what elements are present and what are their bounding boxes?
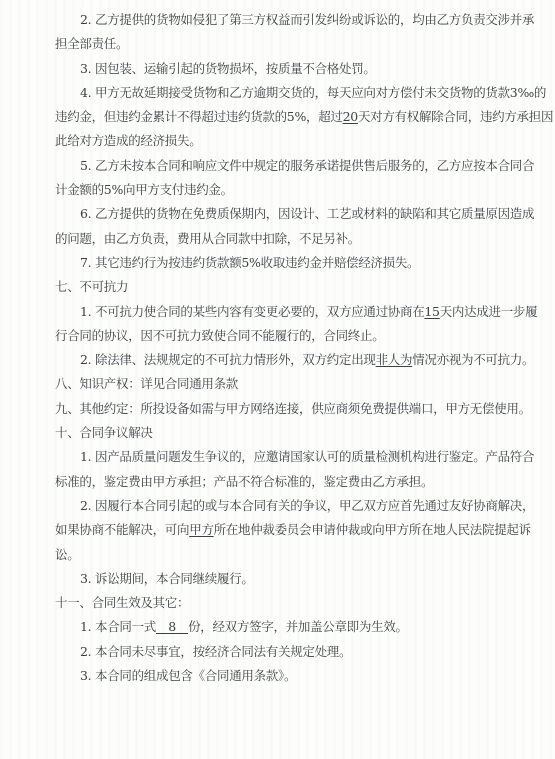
underlined-text: 20: [343, 109, 358, 124]
contract-text-line: 6. 乙方提供的货物在免费质保期内，因设计、工艺或材料的缺陷和其它质量原因造成: [55, 202, 555, 226]
text-segment: 1. 因产品质量问题发生争议的，应邀请国家认可的质量检测机构进行鉴定。产品符合: [80, 449, 534, 464]
contract-text-line: 计金额的5%向甲方支付违约金。: [55, 178, 555, 202]
contract-text-line: 七、不可抗力: [55, 275, 555, 299]
text-segment: 4. 甲方无故延期接受货物和乙方逾期交货的，每天应向对方偿付未交货物的货款3‰的: [80, 85, 546, 100]
contract-text-line: 九、其他约定：所投设备如需与甲方网络连接，供应商须免费提供端口，甲方无偿使用。: [55, 397, 555, 421]
text-segment: 3. 因包装、运输引起的货物损坏，按质量不合格处罚。: [80, 61, 376, 76]
text-segment: 2. 因履行本合同引起的或与本合同有关的争议，甲乙双方应首先通过友好协商解决，: [80, 498, 534, 513]
contract-text-line: 7. 其它违约行为按违约货款额5%收取违约金并赔偿经济损失。: [55, 251, 555, 275]
contract-text-line: 的问题，由乙方负责，费用从合同款中扣除，不足另补。: [55, 227, 555, 251]
contract-text-line: 标准的，鉴定费由甲方承担；产品不符合标准的，鉴定费由乙方承担。: [55, 470, 555, 494]
contract-text-line: 3. 本合同的组成包含《合同通用条款》。: [55, 664, 555, 688]
text-segment: 2. 本合同未尽事宜，按经济合同法有关规定处理。: [80, 644, 351, 659]
contract-text-line: 5. 乙方未按本合同和响应文件中规定的服务承诺提供售后服务的，乙方应按本合同合: [55, 154, 555, 178]
contract-text-line: 此给对方造成的经济损失。: [55, 129, 555, 153]
text-segment: 违约金，但违约金累计不得超过违约货款的5%，超过: [55, 109, 343, 124]
contract-text-line: 3. 因包装、运输引起的货物损坏，按质量不合格处罚。: [55, 57, 555, 81]
contract-text-line: 八、知识产权：详见合同通用条款: [55, 372, 555, 396]
underlined-text: 甲方: [189, 522, 213, 537]
text-segment: 八、知识产权：详见合同通用条款: [55, 376, 238, 391]
text-segment: 行合同的协议，因不可抗力致使合同不能履行的，合同终止。: [55, 328, 384, 343]
contract-text-line: 担全部责任。: [55, 32, 555, 56]
text-segment: 七、不可抗力: [55, 279, 128, 294]
text-segment: 讼。: [55, 547, 79, 562]
text-segment: 天对方有权解除合同，违约方承担因: [358, 109, 553, 124]
text-segment: 7. 其它违约行为按违约货款额5%收取违约金并赔偿经济损失。: [80, 255, 419, 270]
text-segment: 份，经双方签字，并加盖公章即为生效。: [188, 619, 408, 634]
text-segment: 2. 除法律、法规规定的不可抗力情形外，双方约定出现: [80, 352, 376, 367]
contract-text-line: 行合同的协议，因不可抗力致使合同不能履行的，合同终止。: [55, 324, 555, 348]
underlined-text: 非人为: [376, 352, 413, 367]
contract-text-line: 2. 本合同未尽事宜，按经济合同法有关规定处理。: [55, 640, 555, 664]
text-segment: 十一、合同生效及其它：: [55, 595, 189, 610]
text-segment: 九、其他约定：所投设备如需与甲方网络连接，供应商须免费提供端口，甲方无偿使用。: [55, 401, 531, 416]
contract-text-line: 3. 诉讼期间，本合同继续履行。: [55, 567, 555, 591]
text-segment: 2. 乙方提供的货物如侵犯了第三方权益而引发纠纷或诉讼的，均由乙方负责交涉并承: [80, 12, 534, 27]
underlined-text: 8: [156, 619, 188, 634]
contract-text-line: 十、合同争议解决: [55, 421, 555, 445]
contract-text-line: 如果协商不能解决，可向甲方所在地仲裁委员会申请仲裁或向甲方所在地人民法院提起诉: [55, 518, 555, 542]
text-segment: 十、合同争议解决: [55, 425, 153, 440]
text-segment: 如果协商不能解决，可向: [55, 522, 189, 537]
contract-text-line: 2. 因履行本合同引起的或与本合同有关的争议，甲乙双方应首先通过友好协商解决，: [55, 494, 555, 518]
contract-text-line: 1. 因产品质量问题发生争议的，应邀请国家认可的质量检测机构进行鉴定。产品符合: [55, 445, 555, 469]
text-segment: 的问题，由乙方负责，费用从合同款中扣除，不足另补。: [55, 231, 360, 246]
underlined-text: 15: [424, 304, 439, 319]
text-segment: 此给对方造成的经济损失。: [55, 133, 201, 148]
contract-text-line: 十一、合同生效及其它：: [55, 591, 555, 615]
text-segment: 情况亦视为不可抗力。: [412, 352, 534, 367]
text-segment: 1. 不可抗力使合同的某些内容有变更必要的，双方应通过协商在: [80, 304, 424, 319]
text-segment: 5. 乙方未按本合同和响应文件中规定的服务承诺提供售后服务的，乙方应按本合同合: [80, 158, 534, 173]
text-segment: 所在地仲裁委员会申请仲裁或向甲方所在地人民法院提起诉: [214, 522, 531, 537]
text-segment: 担全部责任。: [55, 36, 128, 51]
contract-body: 2. 乙方提供的货物如侵犯了第三方权益而引发纠纷或诉讼的，均由乙方负责交涉并承担…: [0, 0, 555, 688]
text-segment: 计金额的5%向甲方支付违约金。: [55, 182, 233, 197]
text-segment: 标准的，鉴定费由甲方承担；产品不符合标准的，鉴定费由乙方承担。: [55, 474, 433, 489]
contract-text-line: 1. 不可抗力使合同的某些内容有变更必要的，双方应通过协商在15天内达成进一步履: [55, 300, 555, 324]
text-segment: 天内达成进一步履: [440, 304, 538, 319]
contract-text-line: 2. 除法律、法规规定的不可抗力情形外，双方约定出现非人为情况亦视为不可抗力。: [55, 348, 555, 372]
contract-text-line: 2. 乙方提供的货物如侵犯了第三方权益而引发纠纷或诉讼的，均由乙方负责交涉并承: [55, 8, 555, 32]
contract-text-line: 违约金，但违约金累计不得超过违约货款的5%，超过20天对方有权解除合同，违约方承…: [55, 105, 555, 129]
text-segment: 1. 本合同一式: [80, 619, 156, 634]
text-segment: 6. 乙方提供的货物在免费质保期内，因设计、工艺或材料的缺陷和其它质量原因造成: [80, 206, 534, 221]
text-segment: 3. 诉讼期间，本合同继续履行。: [80, 571, 254, 586]
contract-page: 2. 乙方提供的货物如侵犯了第三方权益而引发纠纷或诉讼的，均由乙方负责交涉并承担…: [0, 0, 555, 759]
contract-text-line: 4. 甲方无故延期接受货物和乙方逾期交货的，每天应向对方偿付未交货物的货款3‰的: [55, 81, 555, 105]
text-segment: 3. 本合同的组成包含《合同通用条款》。: [80, 668, 296, 683]
contract-text-line: 1. 本合同一式 8 份，经双方签字，并加盖公章即为生效。: [55, 615, 555, 639]
contract-text-line: 讼。: [55, 543, 555, 567]
